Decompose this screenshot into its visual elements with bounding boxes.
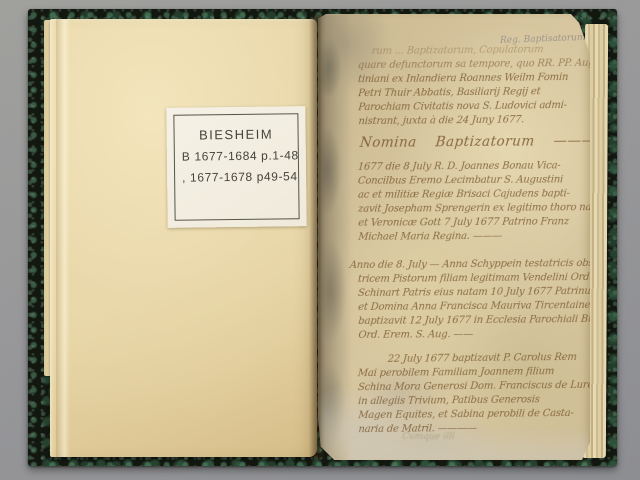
manuscript-line: Ord. Erem. S. Aug. —— [358,327,587,343]
manuscript-line: nistrant, juxta à die 24 Juny 1677. [358,113,587,129]
label-reference-line-1: B 1677-1684 p.1-48 [182,148,298,163]
ink-bleed-through: Cumque illi [402,432,455,442]
gutter-shadow [309,15,325,459]
manuscript-heading: Nomina Baptizatorum ——— [359,133,590,151]
left-endpaper-page: BIESHEIM B 1677-1684 p.1-48 , 1677-1678 … [50,19,317,457]
baptism-entry-1: 1677 die 8 July R. D. Joannes Bonau Vica… [358,159,587,245]
label-reference-line-2: , 1677-1678 p49-54 [182,169,298,184]
baptism-entry-3: 22 July 1677 baptizavit P. Carolus RemMa… [358,351,587,437]
scanner-background: BIESHEIM B 1677-1684 p.1-48 , 1677-1678 … [0,0,640,480]
baptism-entry-2: Anno die 8. July — Anna Schyppein testat… [358,257,587,343]
manuscript-line: Michael Maria Regina. ——— [358,229,587,245]
manuscript-preamble: rum ... Baptizatorum, Copulatorumquare d… [358,43,587,129]
manuscript-page: Reg. Baptisatorum 1677 rum ... Baptizato… [318,14,590,460]
archive-label-border: BIESHEIM B 1677-1684 p.1-48 , 1677-1678 … [173,113,299,221]
label-title: BIESHEIM [175,126,298,143]
manuscript-line: naria de Matril. ———— [358,421,587,437]
archive-label: BIESHEIM B 1677-1684 p.1-48 , 1677-1678 … [166,106,306,228]
